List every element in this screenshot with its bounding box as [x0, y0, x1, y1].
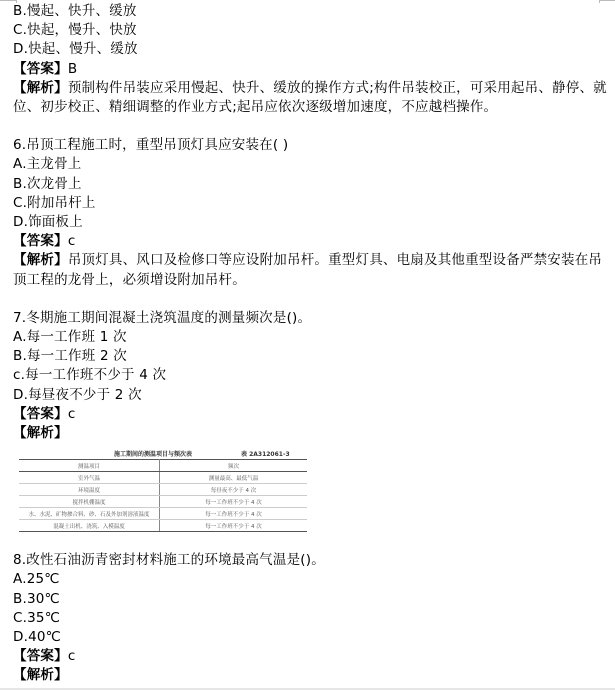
option-letter: D.	[13, 629, 28, 645]
option-d: D.40℃	[13, 628, 608, 647]
option-text: 快起，慢升、快放	[27, 22, 137, 38]
table-code: 表 2A312061-3	[241, 449, 290, 458]
option-b: B.慢起、快升、缓放	[13, 2, 608, 21]
question-6: 6.吊顶工程施工时，重型吊顶灯具应安装在( ) A.主龙骨上 B.次龙骨上 C.…	[13, 136, 608, 290]
table-cell: 每昼夜不少于 4 次	[160, 484, 308, 496]
question-text: 8.改性石油沥青密封材料施工的环境最高气温是()。	[13, 551, 608, 570]
answer-value: c	[68, 233, 76, 249]
option-letter: A.	[13, 156, 27, 172]
option-b: B.次龙骨上	[13, 175, 608, 194]
table-row: 室外气温 测量最高、最低气温	[19, 472, 307, 484]
table-row: 搅拌机棚温度 每一工作班不少于 4 次	[19, 496, 307, 508]
analysis-label: 【解析】	[13, 252, 68, 268]
analysis-text: 吊顶灯具、风口及检修口等应设附加吊杆。重型灯具、电扇及其他重型设备严禁安装在吊顶…	[13, 252, 602, 287]
option-text: 每昼夜不少于 2 次	[28, 387, 142, 403]
analysis-text: 预制构件吊装应采用慢起、快升、缓放的操作方式;构件吊装校正，可采用起吊、静停、就…	[13, 80, 607, 115]
table-row: 混凝土出机、浇筑、入模温度 每一工作班不少于 4 次	[19, 520, 307, 532]
option-text: 主龙骨上	[27, 156, 82, 172]
option-letter: C.	[13, 195, 27, 211]
option-d: D.快起、慢升、缓放	[13, 40, 608, 59]
option-text: 每一工作班不少于 4 次	[25, 367, 166, 383]
table-cell: 环境温度	[19, 484, 160, 496]
measurement-frequency-table-image: 施工期间的测温项目与频次表 表 2A312061-3 测温项目 频次 室外气温 …	[19, 449, 307, 533]
option-text: 30℃	[27, 591, 60, 607]
page-corner-mark	[0, 0, 16, 1]
answer-label: 【答案】	[13, 648, 68, 664]
option-text: 35℃	[27, 610, 60, 626]
option-text: 次龙骨上	[27, 176, 82, 192]
table-cell: 混凝土出机、浇筑、入模温度	[19, 520, 160, 532]
option-letter: C.	[13, 22, 27, 38]
table-cell: 测量最高、最低气温	[160, 472, 308, 484]
option-b: B.每一工作班 2 次	[13, 347, 608, 366]
question-text: 6.吊顶工程施工时，重型吊顶灯具应安装在( )	[13, 136, 608, 155]
analysis-label: 【解析】	[13, 425, 68, 441]
document-body: B.慢起、快升、缓放 C.快起，慢升、快放 D.快起、慢升、缓放 【答案】B 【…	[13, 2, 608, 686]
option-letter: B.	[13, 348, 27, 364]
table-cell: 水、水泥、矿物掺合料、砂、石及外加剂溶液温度	[19, 508, 160, 520]
option-letter: B.	[13, 176, 27, 192]
option-text: 饰面板上	[28, 214, 83, 230]
table-cell: 搅拌机棚温度	[19, 496, 160, 508]
table-row: 水、水泥、矿物掺合料、砂、石及外加剂溶液温度 每一工作班不少于 4 次	[19, 508, 307, 520]
table-title: 施工期间的测温项目与频次表	[114, 449, 192, 458]
option-letter: C.	[13, 610, 27, 626]
table-header: 频次	[160, 460, 308, 472]
answer-value: c	[68, 648, 76, 664]
answer-line: 【答案】c	[13, 232, 608, 251]
question-text: 7.冬期施工期间混凝土浇筑温度的测量频次是()。	[13, 309, 608, 328]
analysis-line: 【解析】预制构件吊装应采用慢起、快升、缓放的操作方式;构件吊装校正，可采用起吊、…	[13, 79, 608, 117]
option-letter: D.	[13, 41, 28, 57]
answer-value: c	[68, 406, 76, 422]
answer-line: 【答案】c	[13, 647, 608, 666]
option-c: C.快起，慢升、快放	[13, 21, 608, 40]
option-text: 25℃	[27, 571, 60, 587]
option-letter: c.	[13, 367, 25, 383]
option-letter: D.	[13, 214, 28, 230]
option-d: D.每昼夜不少于 2 次	[13, 386, 608, 405]
option-text: 附加吊杆上	[27, 195, 96, 211]
option-letter: B.	[13, 591, 27, 607]
option-a: A.每一工作班 1 次	[13, 328, 608, 347]
answer-value: B	[68, 61, 77, 77]
page-corner-mark	[600, 0, 615, 1]
table-cell: 每一工作班不少于 4 次	[160, 520, 308, 532]
option-text: 40℃	[28, 629, 61, 645]
option-d: D.饰面板上	[13, 213, 608, 232]
table-row: 环境温度 每昼夜不少于 4 次	[19, 484, 307, 496]
table-cell: 每一工作班不少于 4 次	[160, 496, 308, 508]
option-b: B.30℃	[13, 590, 608, 609]
measurement-table: 测温项目 频次 室外气温 测量最高、最低气温 环境温度 每昼夜不少于 4 次 搅…	[19, 459, 307, 532]
question-5-tail: B.慢起、快升、缓放 C.快起，慢升、快放 D.快起、慢升、缓放 【答案】B 【…	[13, 2, 608, 117]
option-text: 每一工作班 1 次	[27, 329, 127, 345]
analysis-label: 【解析】	[13, 667, 68, 683]
table-cell: 每一工作班不少于 4 次	[160, 508, 308, 520]
table-cell: 室外气温	[19, 472, 160, 484]
option-text: 慢起、快升、缓放	[27, 3, 137, 19]
table-header: 测温项目	[19, 460, 160, 472]
option-letter: D.	[13, 387, 28, 403]
option-letter: B.	[13, 3, 27, 19]
table-header-row: 测温项目 频次	[19, 460, 307, 472]
option-letter: A.	[13, 571, 27, 587]
option-c: c.每一工作班不少于 4 次	[13, 366, 608, 385]
option-a: A.主龙骨上	[13, 155, 608, 174]
question-8: 8.改性石油沥青密封材料施工的环境最高气温是()。 A.25℃ B.30℃ C.…	[13, 551, 608, 685]
answer-line: 【答案】B	[13, 60, 608, 79]
analysis-line: 【解析】	[13, 666, 608, 685]
option-text: 快起、慢升、缓放	[28, 41, 138, 57]
option-letter: A.	[13, 329, 27, 345]
option-a: A.25℃	[13, 570, 608, 589]
option-c: C.附加吊杆上	[13, 194, 608, 213]
analysis-line: 【解析】吊顶灯具、风口及检修口等应设附加吊杆。重型灯具、电扇及其他重型设备严禁安…	[13, 251, 608, 289]
option-text: 每一工作班 2 次	[27, 348, 127, 364]
answer-label: 【答案】	[13, 233, 68, 249]
analysis-line: 【解析】	[13, 424, 608, 443]
answer-line: 【答案】c	[13, 405, 608, 424]
option-c: C.35℃	[13, 609, 608, 628]
answer-label: 【答案】	[13, 406, 68, 422]
analysis-label: 【解析】	[13, 80, 68, 96]
answer-label: 【答案】	[13, 61, 68, 77]
question-7: 7.冬期施工期间混凝土浇筑温度的测量频次是()。 A.每一工作班 1 次 B.每…	[13, 309, 608, 533]
